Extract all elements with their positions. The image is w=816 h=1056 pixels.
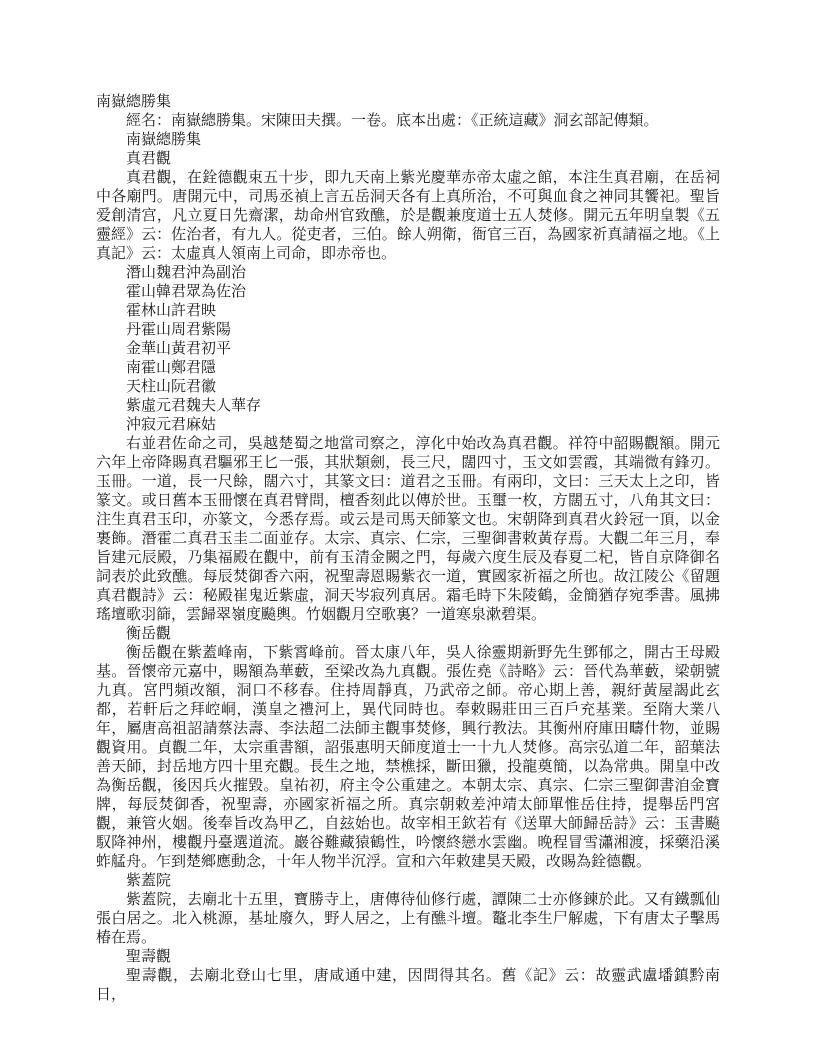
paragraph: 南霍山鄭君隱 (96, 359, 720, 378)
paragraph: 南嶽總勝集 (96, 131, 720, 150)
paragraph: 紫虛元君魏夫人華存 (96, 397, 720, 416)
document-page: 南嶽總勝集經名：南嶽總勝集。宋陳田夫撰。一卷。底本出處：《正統這藏》洞玄部記傳類… (0, 0, 816, 1056)
paragraph: 金華山黃君初平 (96, 340, 720, 359)
paragraph: 丹霍山周君紫陽 (96, 321, 720, 340)
paragraph: 沖寂元君麻姑 (96, 416, 720, 435)
paragraph: 霍山韓君眾為佐治 (96, 283, 720, 302)
paragraph: 真君觀 (96, 150, 720, 169)
paragraph: 聖壽觀，去廟北登山七里，唐咸通中建，因問得其名。舊《記》云：故靈武盧墦鎮黔南日， (96, 967, 720, 1005)
paragraph: 潛山魏君沖為副治 (96, 264, 720, 283)
paragraph: 真君觀，在銓德觀束五十步，即九天南上紫光慶華赤帝太虛之館，本注生真君廟，在岳祠中… (96, 169, 720, 264)
paragraph: 右並君佐命之司，吳越楚蜀之地當司察之，淳化中始改為真君觀。祥符中韶賜觀額。開元六… (96, 435, 720, 625)
paragraph: 紫蓋院 (96, 872, 720, 891)
paragraph: 霍林山許君映 (96, 302, 720, 321)
paragraph: 聖壽觀 (96, 948, 720, 967)
paragraph: 紫蓋院，去廟北十五里，寶勝寺上，唐傳待仙修行處，譚陳二士亦修鍊於此。又有鐵瓢仙張… (96, 891, 720, 948)
paragraph: 衡岳觀在紫蓋峰南，下紫霄峰前。晉太康八年，吳人徐靈期新野先生鄧郁之，開古王母殿基… (96, 644, 720, 872)
paragraph: 天柱山阮君徽 (96, 378, 720, 397)
paragraph: 衡岳觀 (96, 625, 720, 644)
paragraph: 南嶽總勝集 (96, 93, 720, 112)
paragraph: 經名：南嶽總勝集。宋陳田夫撰。一卷。底本出處：《正統這藏》洞玄部記傳類。 (96, 112, 720, 131)
